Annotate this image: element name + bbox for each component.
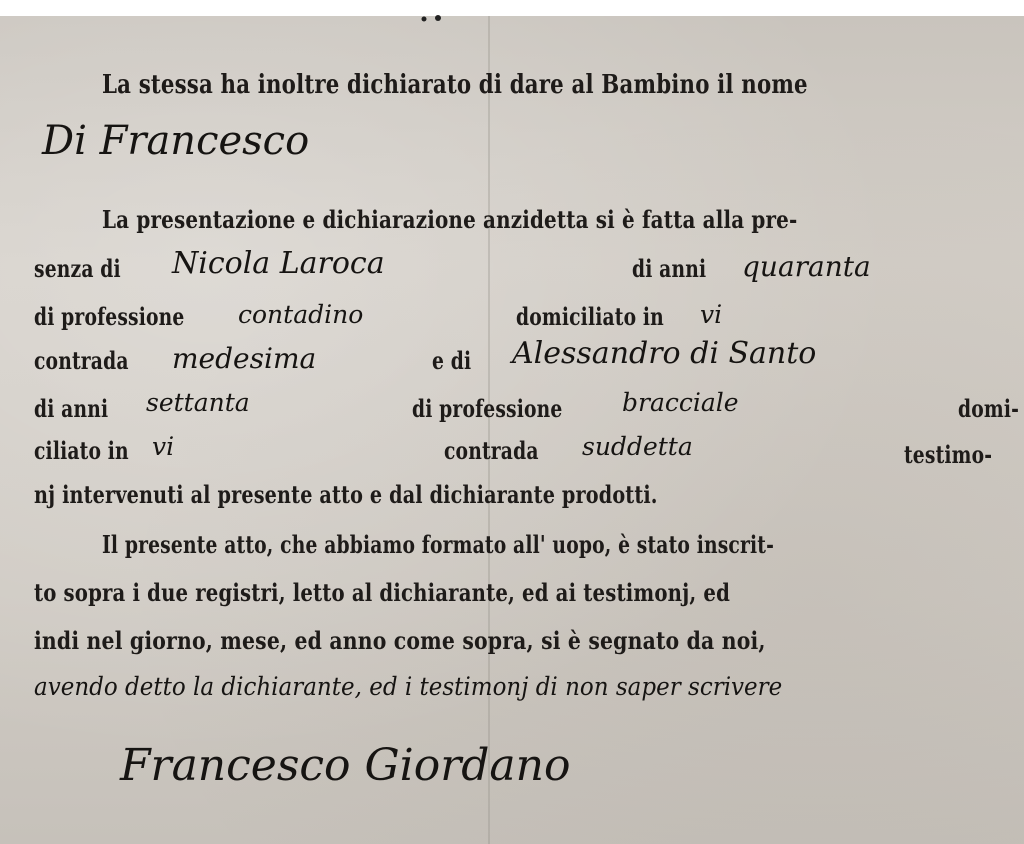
paper-fold bbox=[488, 16, 490, 844]
handwritten-text: Nicola Laroca bbox=[172, 246, 385, 281]
line-8-b: contrada bbox=[444, 436, 565, 465]
printed-text: contrada bbox=[34, 346, 129, 375]
printed-text: testimo- bbox=[904, 440, 992, 469]
handwritten-text: vi bbox=[700, 300, 722, 329]
handwritten-text: avendo detto la dichiarante, ed i testim… bbox=[34, 672, 782, 701]
line-3: La presentazione e dichiarazione anzidet… bbox=[102, 205, 940, 234]
printed-text: di professione bbox=[34, 302, 185, 331]
line-7-c: domi- bbox=[958, 394, 1024, 423]
printed-text: La stessa ha inoltre dichiarato di dare … bbox=[102, 70, 808, 100]
printed-text: indi nel giorno, mese, ed anno come sopr… bbox=[34, 626, 766, 655]
handwritten-text: suddetta bbox=[582, 432, 693, 461]
handwritten-text: Di Francesco bbox=[42, 118, 309, 164]
line-8: ciliato in bbox=[34, 436, 156, 465]
printed-text: di anni bbox=[34, 394, 108, 423]
printed-text: domi- bbox=[958, 394, 1019, 423]
handwritten-text: settanta bbox=[146, 388, 250, 417]
witness-1-district: medesima bbox=[172, 342, 316, 375]
witness-1-domicile: vi bbox=[700, 300, 722, 329]
handwritten-text: bracciale bbox=[622, 388, 739, 417]
line-6: contrada bbox=[34, 346, 155, 375]
handwritten-text: contadino bbox=[238, 300, 363, 329]
printed-text: e di bbox=[432, 346, 471, 375]
line-8-c: testimo- bbox=[904, 440, 1017, 469]
handwritten-text: quaranta bbox=[742, 250, 871, 283]
printed-text: senza di bbox=[34, 254, 121, 283]
printed-text: nj intervenuti al presente atto e dal di… bbox=[34, 480, 658, 509]
line-10: Il presente atto, che abbiamo formato al… bbox=[102, 530, 964, 559]
line-7-b: di professione bbox=[412, 394, 605, 423]
line-4-b: di anni bbox=[632, 254, 727, 283]
witness-2-profession: bracciale bbox=[622, 388, 739, 417]
printed-text: di professione bbox=[412, 394, 563, 423]
signature-text: Francesco Giordano bbox=[120, 740, 570, 791]
closing-statement: avendo detto la dichiarante, ed i testim… bbox=[34, 672, 847, 701]
witness-2-name: Alessandro di Santo bbox=[512, 336, 816, 371]
printed-text: domiciliato in bbox=[516, 302, 664, 331]
printed-text: La presentazione e dichiarazione anzidet… bbox=[102, 205, 797, 234]
printed-text: Il presente atto, che abbiamo formato al… bbox=[102, 530, 774, 559]
line-7: di anni bbox=[34, 394, 129, 423]
printed-text: di anni bbox=[632, 254, 706, 283]
witness-2-district: suddetta bbox=[582, 432, 693, 461]
handwritten-text: medesima bbox=[172, 342, 316, 375]
witness-1-profession: contadino bbox=[238, 300, 363, 329]
witness-2-age: settanta bbox=[146, 388, 250, 417]
child-name: Di Francesco bbox=[42, 118, 309, 164]
printed-text: ciliato in bbox=[34, 436, 129, 465]
printed-text: contrada bbox=[444, 436, 539, 465]
printed-text: to sopra i due registri, letto al dichia… bbox=[34, 578, 730, 607]
handwritten-text: Alessandro di Santo bbox=[512, 336, 816, 371]
witness-1-name: Nicola Laroca bbox=[172, 246, 385, 281]
line-11: to sopra i due registri, letto al dichia… bbox=[34, 578, 883, 607]
line-1: La stessa ha inoltre dichiarato di dare … bbox=[102, 70, 963, 100]
line-6-b: e di bbox=[432, 346, 482, 375]
handwritten-text: vi bbox=[152, 432, 174, 461]
line-5-b: domiciliato in bbox=[516, 302, 706, 331]
witness-1-age: quaranta bbox=[742, 250, 871, 283]
line-4: senza di bbox=[34, 254, 145, 283]
witness-2-domicile: vi bbox=[152, 432, 174, 461]
signature: Francesco Giordano bbox=[120, 740, 570, 791]
line-9: nj intervenuti al presente atto e dal di… bbox=[34, 480, 814, 509]
line-5: di professione bbox=[34, 302, 227, 331]
line-12: indi nel giorno, mese, ed anno come sopr… bbox=[34, 626, 895, 655]
ink-blot bbox=[420, 14, 444, 24]
